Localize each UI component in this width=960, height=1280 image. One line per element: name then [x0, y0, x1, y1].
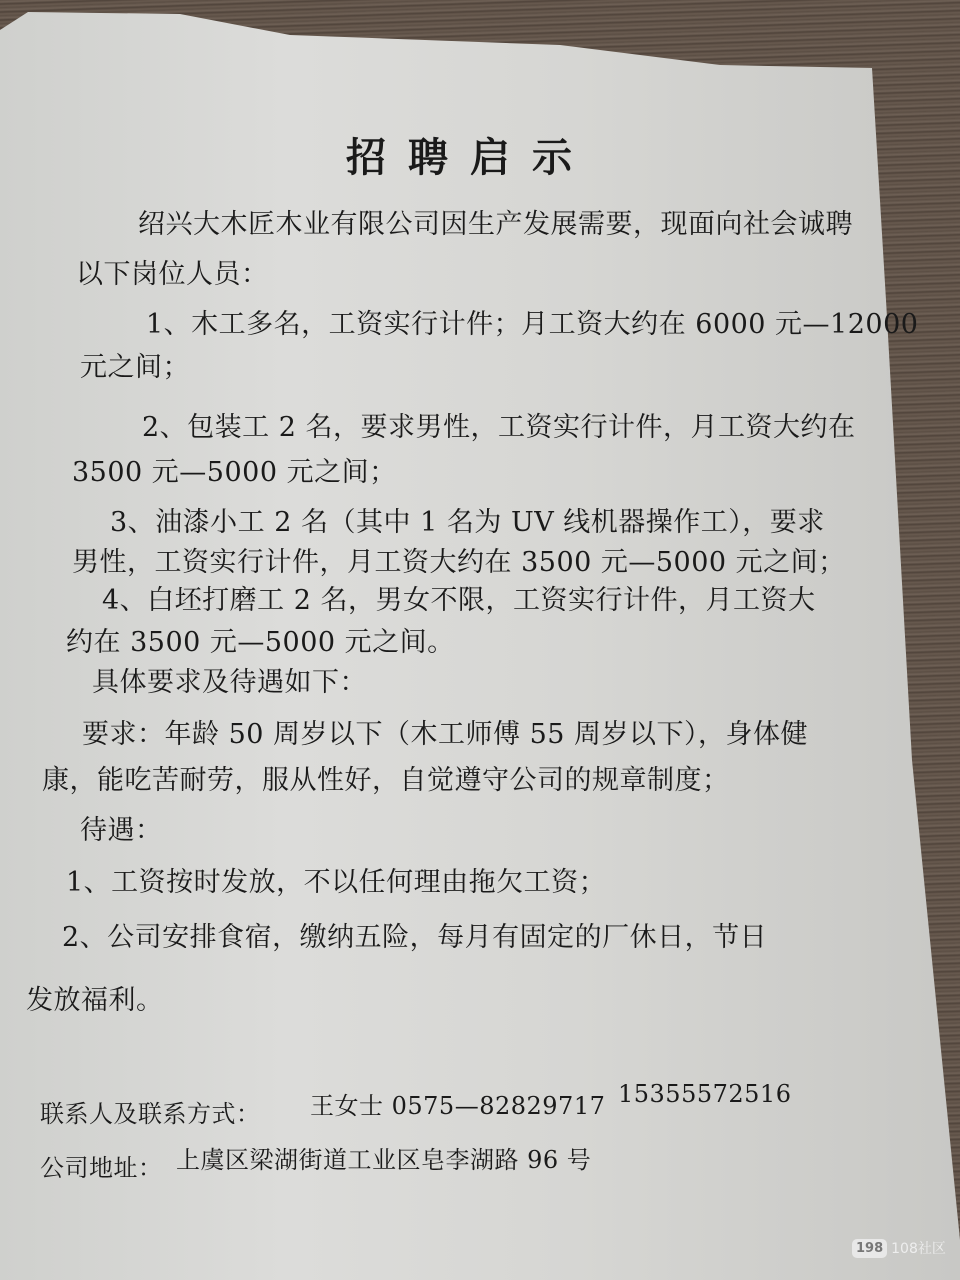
position-1-line-2: 元之间；: [80, 345, 190, 384]
position-4-line-2: 约在 3500 元—5000 元之间。: [66, 620, 455, 659]
contact-mobile: 15355572516: [618, 1080, 791, 1108]
intro-line-1: 绍兴大木匠木业有限公司因生产发展需要，现面向社会诚聘: [138, 202, 853, 241]
document-title: 招聘启示: [346, 126, 594, 183]
benefit-1: 1、工资按时发放，不以任何理由拖欠工资；: [66, 860, 606, 899]
watermark-logo-icon: 198: [852, 1239, 887, 1258]
watermark: 198 108社区: [852, 1238, 946, 1258]
position-3-line-1: 3、油漆小工 2 名（其中 1 名为 UV 线机器操作工），要求: [110, 500, 825, 539]
position-3-line-2: 男性，工资实行计件，月工资大约在 3500 元—5000 元之间；: [72, 540, 846, 579]
position-2-line-2: 3500 元—5000 元之间；: [72, 450, 397, 489]
address-label: 公司地址：: [40, 1148, 163, 1183]
requirements-line-1: 要求：年龄 50 周岁以下（木工师傅 55 周岁以下），身体健: [82, 712, 808, 751]
position-4-line-1: 4、白坯打磨工 2 名，男女不限，工资实行计件，月工资大: [102, 578, 816, 617]
benefits-heading: 待遇：: [80, 808, 163, 847]
benefit-2-line-1: 2、公司安排食宿，缴纳五险，每月有固定的厂休日，节日: [62, 915, 767, 954]
watermark-text: 108社区: [891, 1238, 946, 1258]
contact-person-phone: 王女士 0575—82829717: [310, 1086, 605, 1121]
position-2-line-1: 2、包装工 2 名，要求男性，工资实行计件，月工资大约在: [142, 405, 856, 444]
position-1-line-1: 1、木工多名，工资实行计件；月工资大约在 6000 元—12000: [146, 302, 918, 341]
intro-line-2: 以下岗位人员：: [76, 252, 269, 291]
address-value: 上虞区梁湖街道工业区皂李湖路 96 号: [176, 1140, 591, 1175]
contact-label: 联系人及联系方式：: [40, 1094, 261, 1129]
details-heading: 具体要求及待遇如下：: [92, 660, 367, 699]
requirements-line-2: 康，能吃苦耐劳，服从性好，自觉遵守公司的规章制度；: [42, 758, 730, 797]
benefit-2-line-2: 发放福利。: [26, 978, 164, 1017]
